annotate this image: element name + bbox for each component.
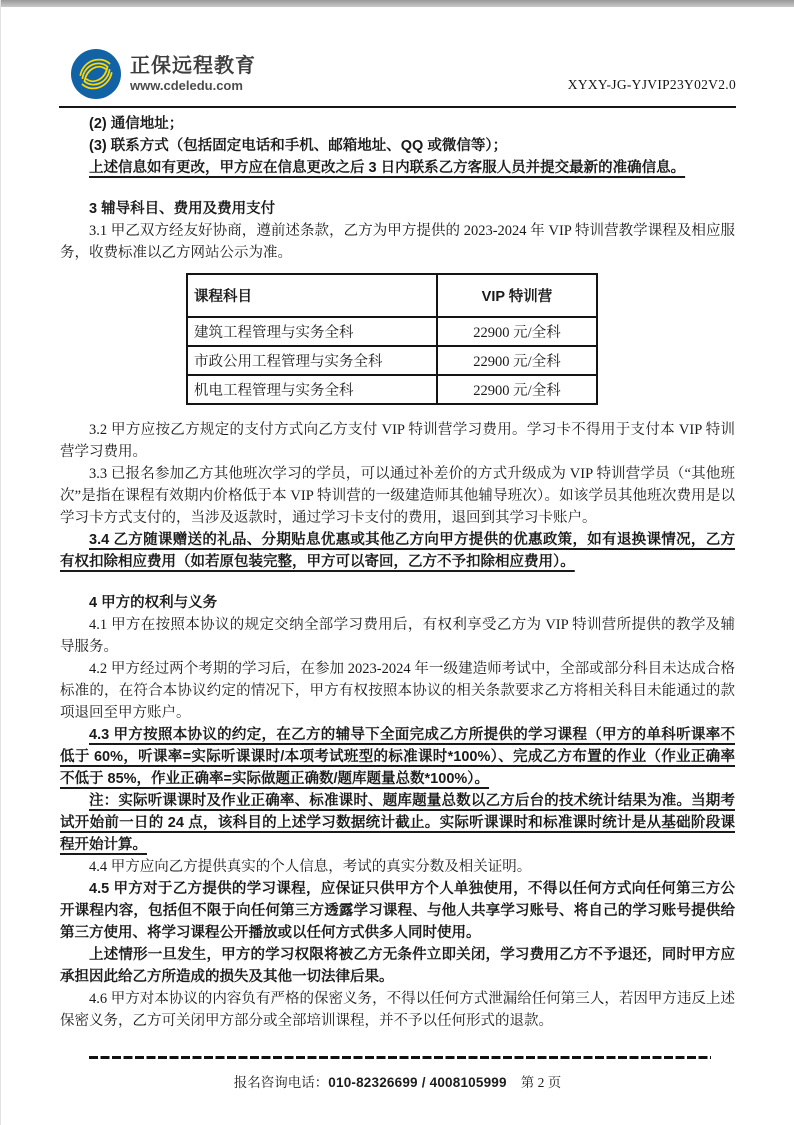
clause-4-4: 4.4 甲方应向乙方提供真实的个人信息，考试的真实分数及相关证明。 xyxy=(60,856,735,878)
fee-table-row: 机电工程管理与实务全科 22900 元/全科 xyxy=(187,375,597,404)
footer-phone-label: 报名咨询电话： xyxy=(234,1075,329,1090)
clause-4-5-consequence: 上述情形一旦发生，甲方的学习权限将被乙方无条件立即关闭，学习费用乙方不予退还，同… xyxy=(60,944,735,988)
clause-item-2: (2) 通信地址； xyxy=(60,113,735,135)
info-update-notice: 上述信息如有更改，甲方应在信息更改之后 3 日内联系乙方客服人员并提交最新的准确… xyxy=(60,157,735,179)
course-price-cell: 22900 元/全科 xyxy=(437,317,597,346)
course-name-cell: 机电工程管理与实务全科 xyxy=(187,375,437,404)
course-name-cell: 建筑工程管理与实务全科 xyxy=(187,317,437,346)
clause-3-3: 3.3 已报名参加乙方其他班次学习的学员，可以通过补差价的方式升级成为 VIP … xyxy=(60,463,735,529)
course-fee-table: 课程科目 VIP 特训营 建筑工程管理与实务全科 22900 元/全科 市政公用… xyxy=(186,273,598,405)
document-code: XYXY-JG-YJVIP23Y02V2.0 xyxy=(568,77,736,99)
course-name-cell: 市政公用工程管理与实务全科 xyxy=(187,346,437,375)
clause-3-2: 3.2 甲方应按乙方规定的支付方式向乙方支付 VIP 特训营学习费用。学习卡不得… xyxy=(60,419,735,463)
clause-4-3-note: 注：实际听课课时及作业正确率、标准课时、题库题量总数以乙方后台的技术统计结果为准… xyxy=(60,790,735,856)
contract-body: (2) 通信地址； (3) 联系方式（包括固定电话和手机、邮箱地址、QQ 或微信… xyxy=(60,113,735,1032)
clause-4-3: 4.3 甲方按照本协议的约定，在乙方的辅导下全面完成乙方所提供的学习课程（甲方的… xyxy=(60,724,735,790)
fee-table-header-course: 课程科目 xyxy=(187,274,437,317)
brand-block: 正保远程教育 www.cdeledu.com xyxy=(71,49,256,99)
footer-divider xyxy=(89,1056,711,1059)
clause-4-6: 4.6 甲方对本协议的内容负有严格的保密义务，不得以任何方式泄漏给任何第三人，若… xyxy=(60,988,735,1032)
clause-3-1: 3.1 甲乙双方经友好协商，遵前述条款，乙方为甲方提供的 2023-2024 年… xyxy=(60,220,735,264)
page-edge-strip xyxy=(1,0,794,7)
fee-table-row: 市政公用工程管理与实务全科 22900 元/全科 xyxy=(187,346,597,375)
brand-text: 正保远程教育 www.cdeledu.com xyxy=(130,55,256,93)
clause-4-1: 4.1 甲方在按照本协议的规定交纳全部学习费用后，有权利享受乙方为 VIP 特训… xyxy=(60,614,735,658)
fee-table-header-vip: VIP 特训营 xyxy=(437,274,597,317)
fee-table-row: 建筑工程管理与实务全科 22900 元/全科 xyxy=(187,317,597,346)
section-4-heading: 4 甲方的权利与义务 xyxy=(60,592,735,614)
brand-logo-icon xyxy=(71,49,121,99)
footer-page-number: 第 2 页 xyxy=(521,1075,562,1090)
clause-3-4: 3.4 乙方随课赠送的礼品、分期贴息优惠或其他乙方向甲方提供的优惠政策，如有退换… xyxy=(60,529,735,573)
contract-page: { "header": { "brand_name": "正保远程教育", "b… xyxy=(0,0,794,1125)
footer-phone-numbers: 010-82326699 / 4008105999 xyxy=(328,1075,506,1090)
brand-name: 正保远程教育 xyxy=(130,55,256,77)
clause-4-2: 4.2 甲方经过两个考期的学习后，在参加 2023-2024 年一级建造师考试中… xyxy=(60,658,735,724)
fee-table-header-row: 课程科目 VIP 特训营 xyxy=(187,274,597,317)
page-footer: 报名咨询电话：010-82326699 / 4008105999第 2 页 xyxy=(1,1071,794,1091)
document-header: 正保远程教育 www.cdeledu.com XYXY-JG-YJVIP23Y0… xyxy=(59,0,736,108)
section-3-heading: 3 辅导科目、费用及费用支付 xyxy=(60,198,735,220)
clause-item-3: (3) 联系方式（包括固定电话和手机、邮箱地址、QQ 或微信等）； xyxy=(60,135,735,157)
course-price-cell: 22900 元/全科 xyxy=(437,346,597,375)
brand-site-url: www.cdeledu.com xyxy=(130,79,256,93)
clause-4-5: 4.5 甲方对于乙方提供的学习课程，应保证只供甲方个人单独使用，不得以任何方式向… xyxy=(60,878,735,944)
course-price-cell: 22900 元/全科 xyxy=(437,375,597,404)
